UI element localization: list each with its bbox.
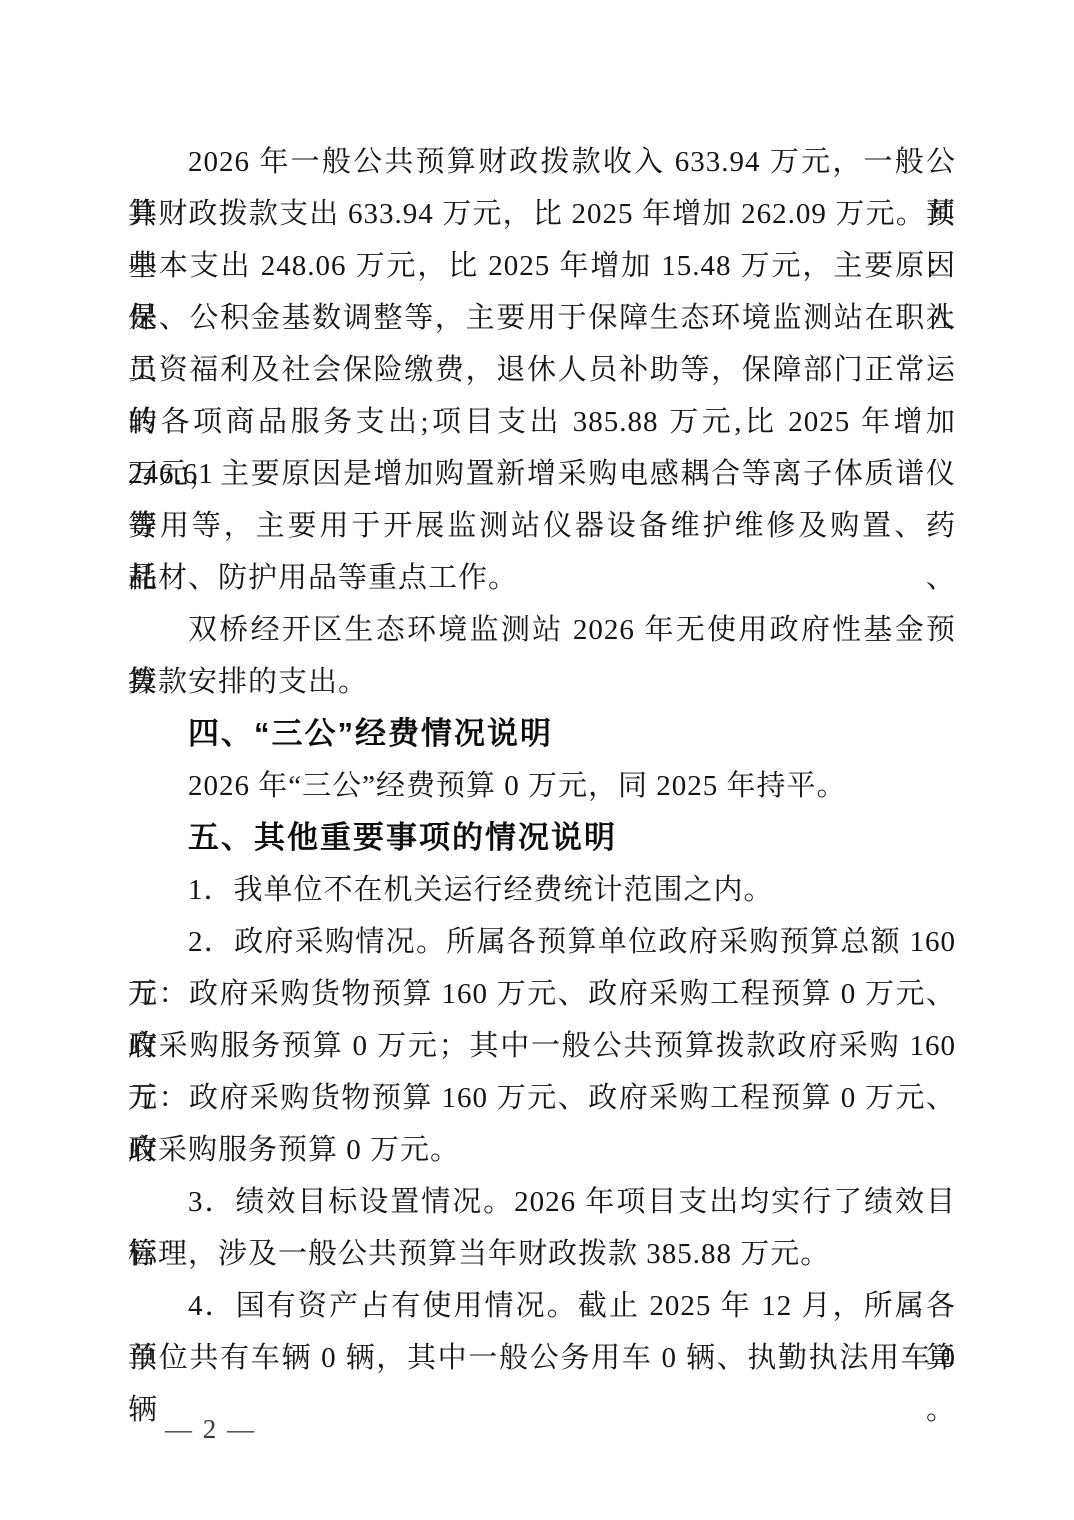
text-line: 元：政府采购货物预算 160 万元、政府采购工程预算 0 万元、政: [128, 968, 956, 1020]
text-line: 的各项商品服务支出;项目支出 385.88 万元,比 2025 年增加 246.…: [128, 396, 956, 448]
page-footer: — 2 —: [165, 1403, 256, 1455]
text-line: 费用等，主要用于开展监测站仪器设备维护维修及购置、药品、: [128, 500, 956, 552]
text-line: 3．绩效目标设置情况。2026 年项目支出均实行了绩效目标: [128, 1176, 956, 1228]
text-line: 管理，涉及一般公共预算当年财政拨款 385.88 万元。: [128, 1228, 956, 1280]
text-line: 保、公积金基数调整等，主要用于保障生态环境监测站在职人员: [128, 292, 956, 344]
page-number: — 2 —: [165, 1414, 256, 1444]
text-line: 2026 年“三公”经费预算 0 万元，同 2025 年持平。: [128, 760, 956, 812]
text-line: 万元，主要原因是增加购置新增采购电感耦合等离子体质谱仪等: [128, 448, 956, 500]
text-line: 拨款安排的支出。: [128, 656, 956, 708]
text-line: 府采购服务预算 0 万元；其中一般公共预算拨款政府采购 160 万: [128, 1020, 956, 1072]
text-line: 工资福利及社会保险缴费，退休人员补助等，保障部门正常运转: [128, 344, 956, 396]
text-line: 府采购服务预算 0 万元。: [128, 1124, 956, 1176]
text-line: 2．政府采购情况。所属各预算单位政府采购预算总额 160 万: [128, 916, 956, 968]
section-heading: 五、其他重要事项的情况说明: [128, 812, 956, 864]
document-page: 2026 年一般公共预算财政拨款收入 633.94 万元，一般公共预算财政拨款支…: [0, 0, 1074, 1520]
text-line: 单位共有车辆 0 辆，其中一般公务用车 0 辆、执勤执法用车 0 辆。: [128, 1332, 956, 1384]
text-line: 基本支出 248.06 万元，比 2025 年增加 15.48 万元，主要原因是…: [128, 240, 956, 292]
text-line: 算财政拨款支出 633.94 万元，比 2025 年增加 262.09 万元。其…: [128, 188, 956, 240]
text-line: 元：政府采购货物预算 160 万元、政府采购工程预算 0 万元、政: [128, 1072, 956, 1124]
text-line: 双桥经开区生态环境监测站 2026 年无使用政府性基金预算: [128, 604, 956, 656]
document-body: 2026 年一般公共预算财政拨款收入 633.94 万元，一般公共预算财政拨款支…: [128, 136, 956, 1384]
section-heading: 四、“三公”经费情况说明: [128, 708, 956, 760]
text-line: 4．国有资产占有使用情况。截止 2025 年 12 月，所属各预算: [128, 1280, 956, 1332]
text-line: 2026 年一般公共预算财政拨款收入 633.94 万元，一般公共预: [128, 136, 956, 188]
text-line: 1．我单位不在机关运行经费统计范围之内。: [128, 864, 956, 916]
